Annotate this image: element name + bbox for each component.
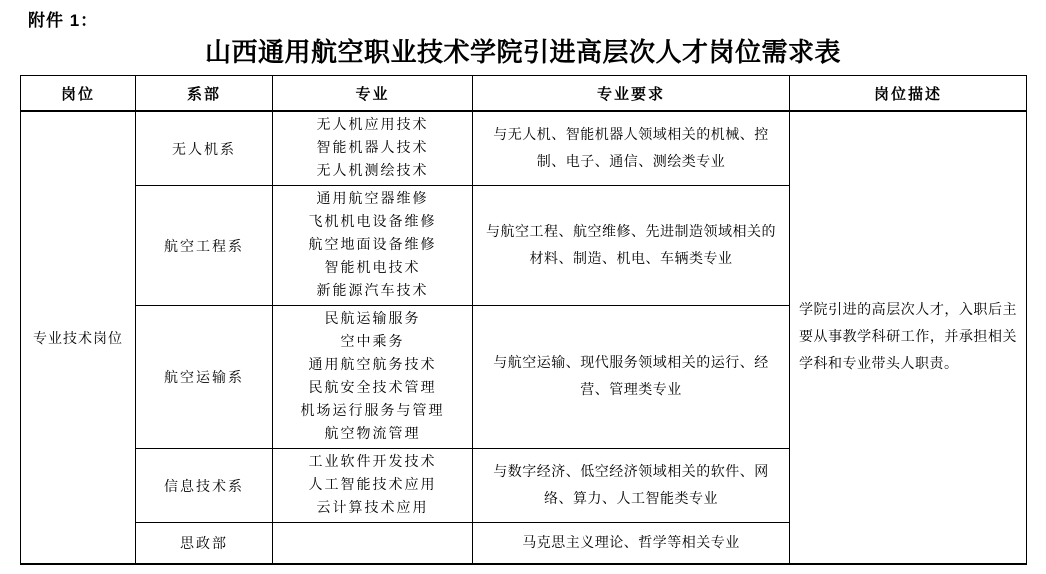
major-line: 智能机电技术: [277, 257, 468, 280]
major-line: 智能机器人技术: [277, 137, 468, 160]
document-page: 附件 1： 山西通用航空职业技术学院引进高层次人才岗位需求表 岗位 系部 专业 …: [0, 0, 1046, 574]
major-line: 人工智能技术应用: [277, 474, 468, 497]
header-cell-position: 岗位: [21, 76, 136, 112]
major-line: 飞机机电设备维修: [277, 211, 468, 234]
page-title: 山西通用航空职业技术学院引进高层次人才岗位需求表: [0, 32, 1046, 69]
major-line: 机场运行服务与管理: [277, 400, 468, 423]
major-line: 无人机测绘技术: [277, 160, 468, 183]
position-category-cell: 专业技术岗位: [21, 111, 136, 564]
major-line: 民航安全技术管理: [277, 377, 468, 400]
header-cell-major: 专业: [273, 76, 473, 112]
talent-demand-table: 岗位 系部 专业 专业要求 岗位描述 专业技术岗位 无人机系 无人机应用技术 智…: [20, 75, 1027, 565]
header-cell-description: 岗位描述: [790, 76, 1027, 112]
department-cell: 思政部: [136, 523, 273, 565]
attachment-label: 附件 1：: [28, 6, 98, 31]
majors-cell: [273, 523, 473, 565]
department-cell: 信息技术系: [136, 449, 273, 523]
requirements-cell: 与航空工程、航空维修、先进制造领域相关的材料、制造、机电、车辆类专业: [473, 186, 790, 306]
job-description-cell: 学院引进的高层次人才，入职后主要从事教学科研工作，并承担相关学科和专业带头人职责…: [790, 111, 1027, 564]
table-row-uav: 专业技术岗位 无人机系 无人机应用技术 智能机器人技术 无人机测绘技术 与无人机…: [21, 111, 1027, 186]
header-row: 岗位 系部 专业 专业要求 岗位描述: [21, 76, 1027, 112]
requirements-cell: 与航空运输、现代服务领域相关的运行、经营、管理类专业: [473, 306, 790, 449]
major-line: 航空物流管理: [277, 423, 468, 446]
majors-cell: 通用航空器维修 飞机机电设备维修 航空地面设备维修 智能机电技术 新能源汽车技术: [273, 186, 473, 306]
major-line: 民航运输服务: [277, 308, 468, 331]
majors-cell: 工业软件开发技术 人工智能技术应用 云计算技术应用: [273, 449, 473, 523]
department-cell: 航空工程系: [136, 186, 273, 306]
department-cell: 航空运输系: [136, 306, 273, 449]
requirements-cell: 与无人机、智能机器人领域相关的机械、控制、电子、通信、测绘类专业: [473, 111, 790, 186]
major-line: 无人机应用技术: [277, 114, 468, 137]
majors-cell: 无人机应用技术 智能机器人技术 无人机测绘技术: [273, 111, 473, 186]
requirements-cell: 马克思主义理论、哲学等相关专业: [473, 523, 790, 565]
header-cell-requirements: 专业要求: [473, 76, 790, 112]
major-line: 通用航空器维修: [277, 188, 468, 211]
major-line: 新能源汽车技术: [277, 280, 468, 303]
major-line: 通用航空航务技术: [277, 354, 468, 377]
major-line: 工业软件开发技术: [277, 451, 468, 474]
major-line: 云计算技术应用: [277, 497, 468, 520]
major-line: 航空地面设备维修: [277, 234, 468, 257]
requirements-cell: 与数字经济、低空经济领域相关的软件、网络、算力、人工智能类专业: [473, 449, 790, 523]
major-line: 空中乘务: [277, 331, 468, 354]
majors-cell: 民航运输服务 空中乘务 通用航空航务技术 民航安全技术管理 机场运行服务与管理 …: [273, 306, 473, 449]
department-cell: 无人机系: [136, 111, 273, 186]
header-cell-department: 系部: [136, 76, 273, 112]
